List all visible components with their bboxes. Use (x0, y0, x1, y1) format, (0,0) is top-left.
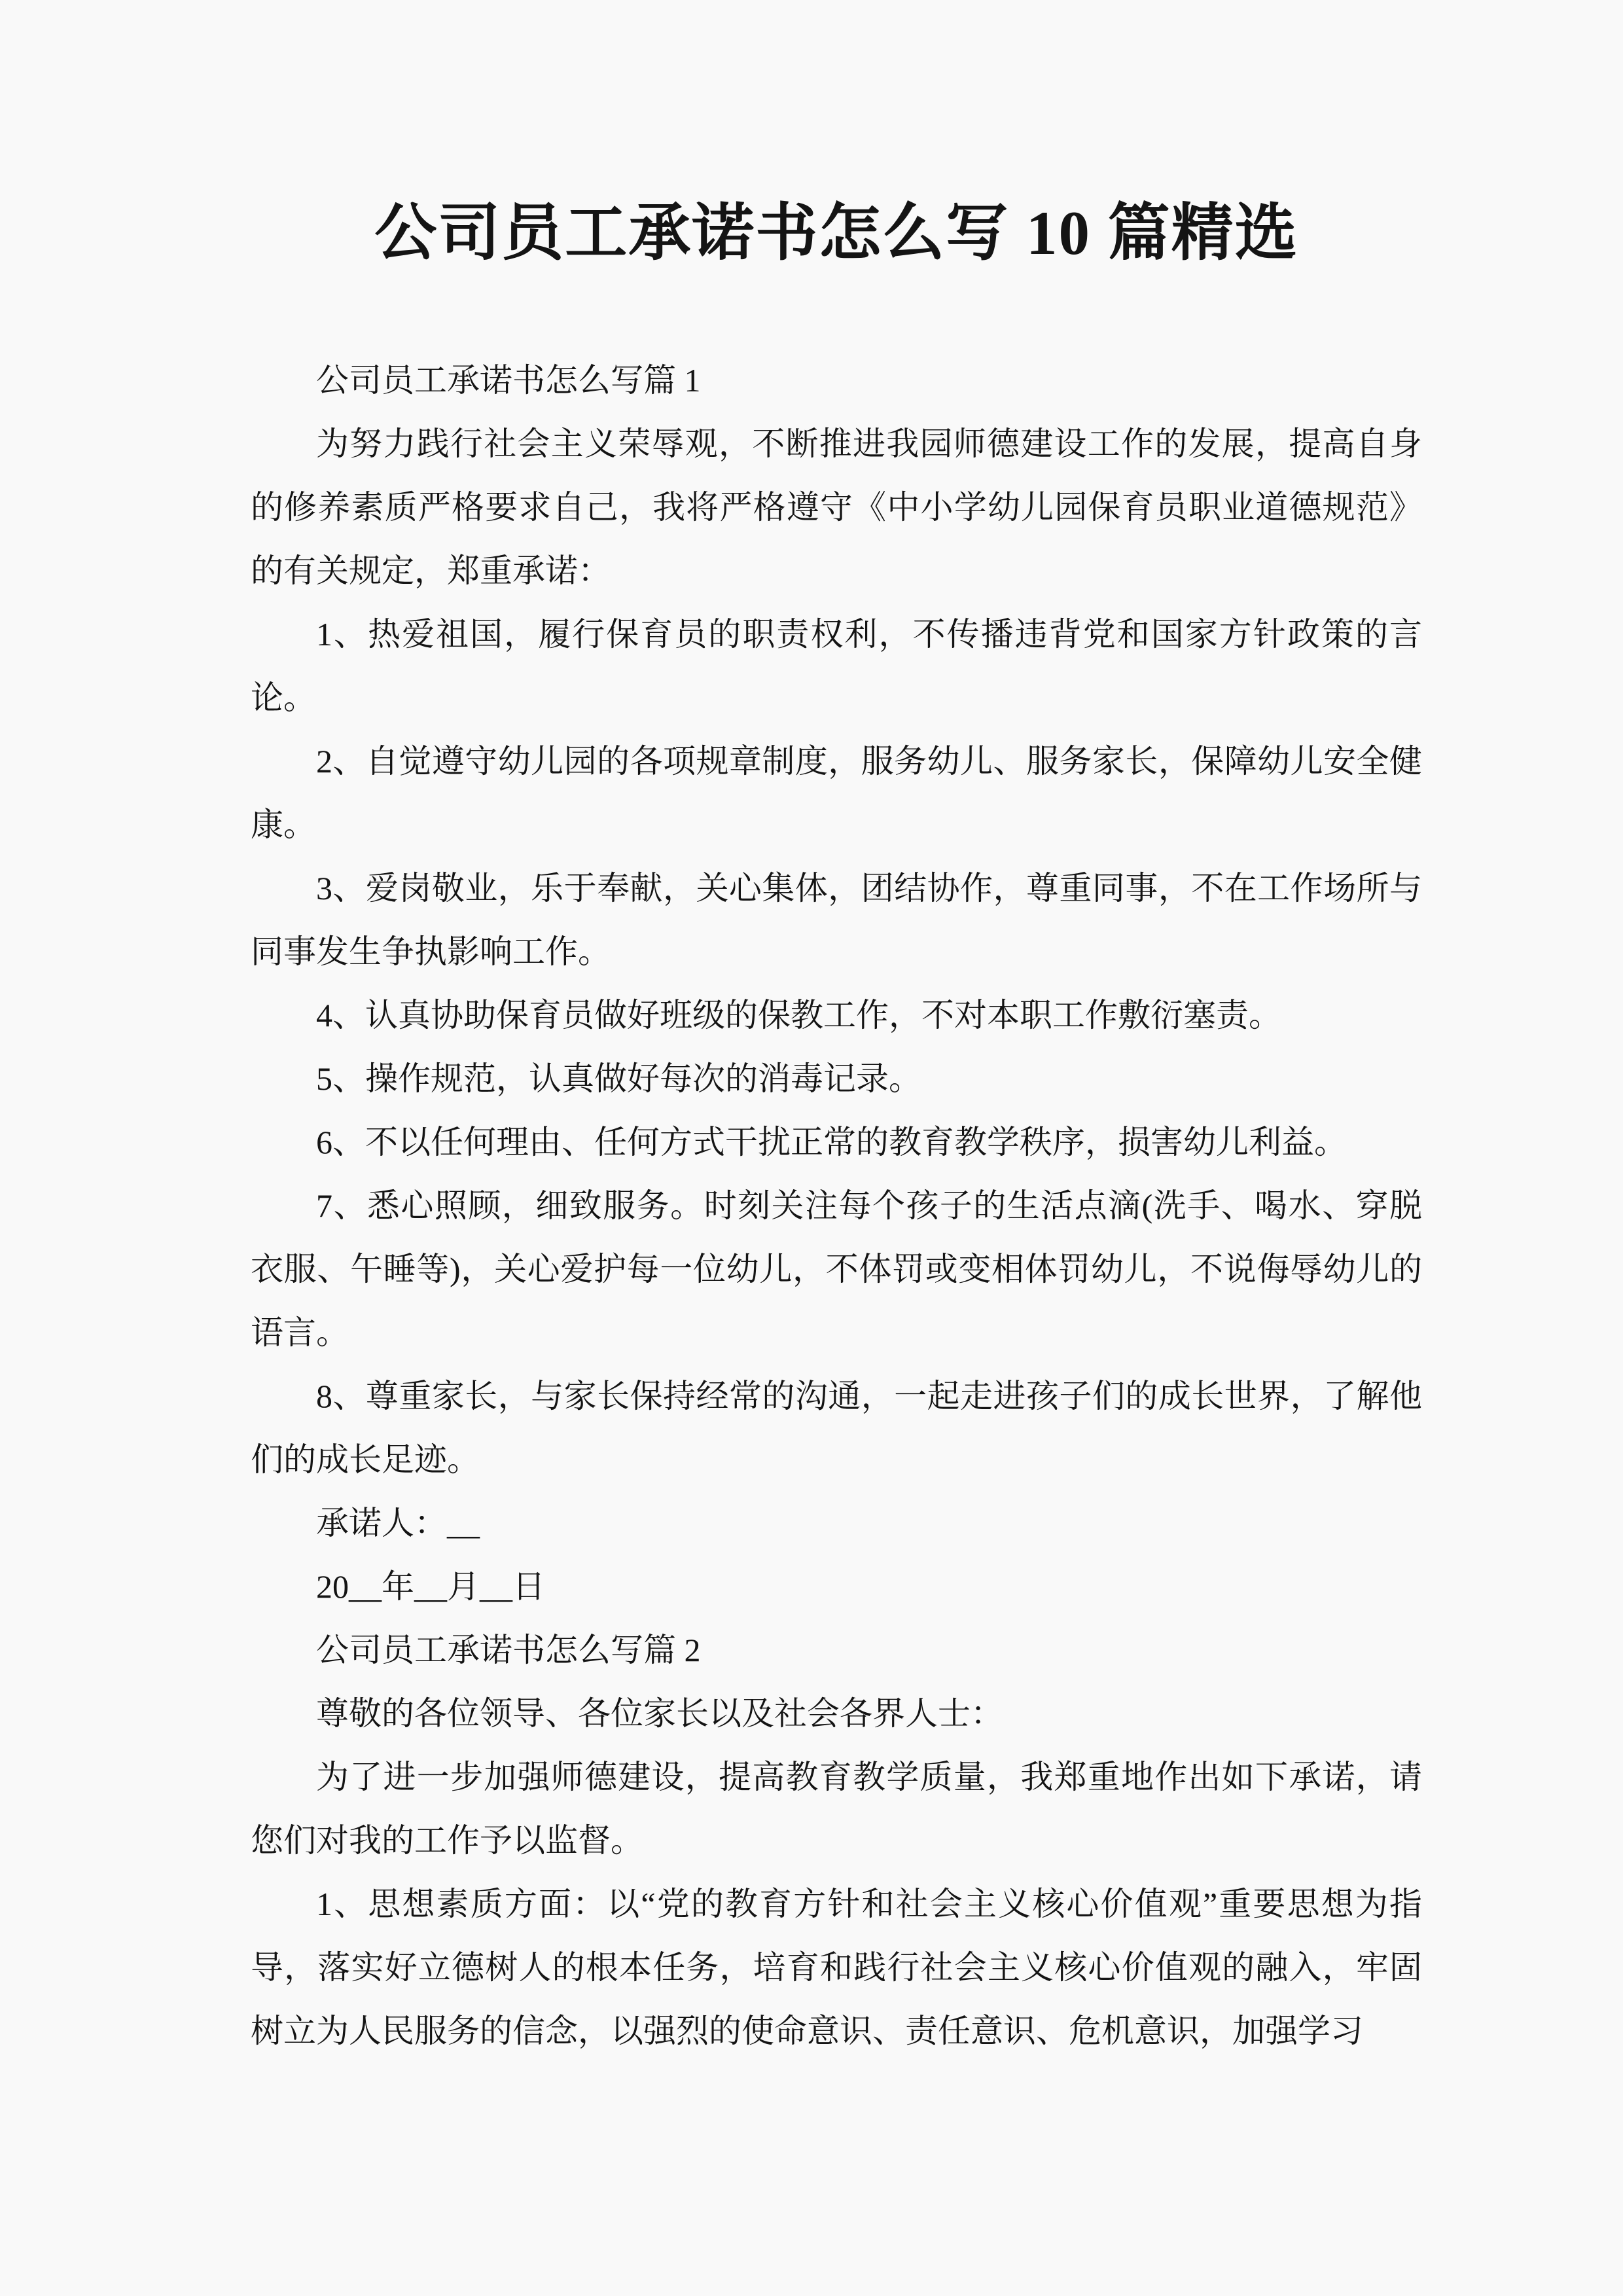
paragraph-body: 3、爱岗敬业，乐于奉献，关心集体，团结协作，尊重同事，不在工作场所与同事发生争执… (251, 857, 1422, 984)
paragraph-body: 为努力践行社会主义荣辱观，不断推进我园师德建设工作的发展，提高自身的修养素质严格… (251, 412, 1422, 603)
paragraph-section-heading: 公司员工承诺书怎么写篇 1 (251, 349, 1422, 412)
paragraph-body: 1、思想素质方面：以“党的教育方针和社会主义核心价值观”重要思想为指导，落实好立… (251, 1873, 1422, 2063)
paragraph-body: 5、操作规范，认真做好每次的消毒记录。 (251, 1047, 1422, 1111)
paragraph-section-heading: 公司员工承诺书怎么写篇 2 (251, 1619, 1422, 1682)
paragraph-body: 8、尊重家长，与家长保持经常的沟通，一起走进孩子们的成长世界，了解他们的成长足迹… (251, 1365, 1422, 1492)
paragraph-body: 6、不以任何理由、任何方式干扰正常的教育教学秩序，损害幼儿利益。 (251, 1111, 1422, 1174)
paragraph-salutation: 尊敬的各位领导、各位家长以及社会各界人士： (251, 1682, 1422, 1746)
paragraph-body: 为了进一步加强师德建设，提高教育教学质量，我郑重地作出如下承诺，请您们对我的工作… (251, 1746, 1422, 1873)
paragraph-body: 7、悉心照顾，细致服务。时刻关注每个孩子的生活点滴(洗手、喝水、穿脱衣服、午睡等… (251, 1174, 1422, 1365)
paragraph-body: 4、认真协助保育员做好班级的保教工作，不对本职工作敷衍塞责。 (251, 984, 1422, 1047)
paragraph-signature: 承诺人：__ (251, 1492, 1422, 1555)
document-page: 公司员工承诺书怎么写 10 篇精选 公司员工承诺书怎么写篇 1为努力践行社会主义… (0, 0, 1623, 2296)
paragraph-date: 20__年__月__日 (251, 1555, 1422, 1619)
paragraph-body: 2、自觉遵守幼儿园的各项规章制度，服务幼儿、服务家长，保障幼儿安全健康。 (251, 730, 1422, 857)
document-body: 公司员工承诺书怎么写篇 1为努力践行社会主义荣辱观，不断推进我园师德建设工作的发… (251, 349, 1422, 2063)
paragraph-body: 1、热爱祖国，履行保育员的职责权利，不传播违背党和国家方针政策的言论。 (251, 603, 1422, 730)
document-title: 公司员工承诺书怎么写 10 篇精选 (251, 0, 1422, 273)
